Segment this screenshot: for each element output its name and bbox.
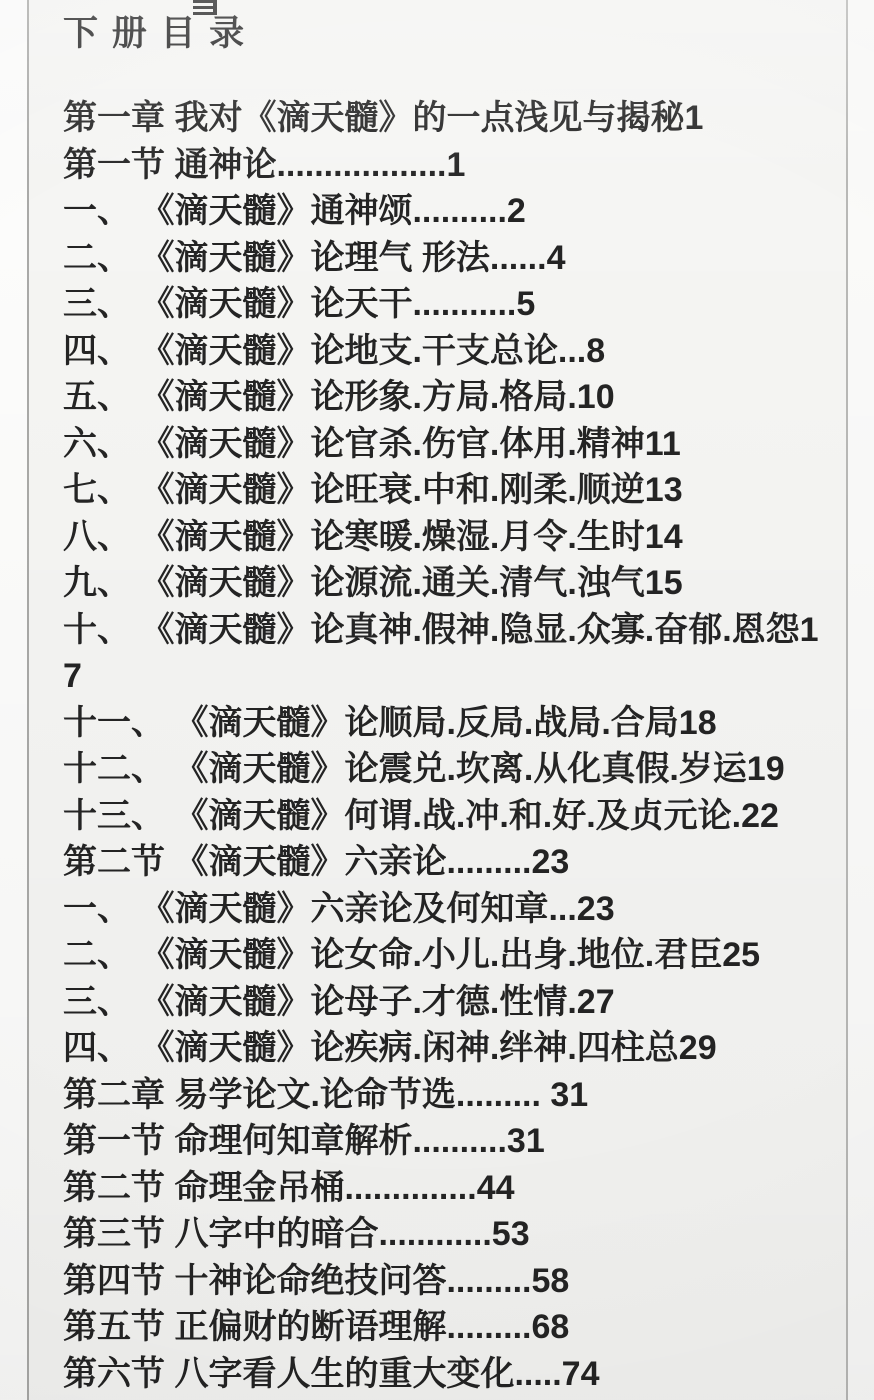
page-left-margin: [0, 0, 27, 1400]
toc-entry-item-9: 九、 《滴天髓》论源流.通关.清气.浊气15: [63, 560, 825, 607]
toc-entry-item-10: 十、 《滴天髓》论真神.假神.隐显.众寡.奋郁.恩怨17: [63, 607, 825, 700]
toc-entry-s2-item-2: 二、 《滴天髓》论女命.小儿.出身.地位.君臣25: [63, 932, 825, 979]
toc-entry-item-13: 十三、 《滴天髓》何谓.战.冲.和.好.及贞元论.22: [63, 793, 825, 840]
page-left-edge-line: [27, 0, 29, 1400]
toc-entry-item-7: 七、 《滴天髓》论旺衰.中和.刚柔.顺逆13: [63, 467, 825, 514]
toc-entry-section-1-2: 第二节 《滴天髓》六亲论.........23: [63, 839, 825, 886]
toc-entry-chapter-2: 第二章 易学论文.论命节选......... 31: [63, 1072, 825, 1119]
page-right-margin: [848, 0, 874, 1400]
toc-entry-section-1-1: 第一节 通神论..................1: [63, 142, 825, 189]
toc-entry-item-8: 八、 《滴天髓》论寒暖.燥湿.月令.生时14: [63, 514, 825, 561]
toc-entry-item-6: 六、 《滴天髓》论官杀.伤官.体用.精神11: [63, 421, 825, 468]
toc-entry-s2-item-1: 一、 《滴天髓》六亲论及何知章...23: [63, 886, 825, 933]
toc-entry-item-5: 五、 《滴天髓》论形象.方局.格局.10: [63, 374, 825, 421]
toc-entry-section-2-5: 第五节 正偏财的断语理解.........68: [63, 1304, 825, 1351]
toc-entry-item-3: 三、 《滴天髓》论天干...........5: [63, 281, 825, 328]
page-title: 下 册 目 录: [63, 10, 825, 58]
toc-entry-s2-item-4: 四、 《滴天髓》论疾病.闲神.绊神.四柱总29: [63, 1025, 825, 1072]
toc-entry-s2-item-3: 三、 《滴天髓》论母子.才德.性情.27: [63, 979, 825, 1026]
toc-entry-section-2-3: 第三节 八字中的暗合............53: [63, 1211, 825, 1258]
toc-entry-section-2-4: 第四节 十神论命绝技问答.........58: [63, 1258, 825, 1305]
toc-entry-item-11: 十一、 《滴天髓》论顺局.反局.战局.合局18: [63, 700, 825, 747]
toc-entry-section-2-2: 第二节 命理金吊桶..............44: [63, 1165, 825, 1212]
toc-entry-chapter-1: 第一章 我对《滴天髓》的一点浅见与揭秘1: [63, 95, 825, 142]
toc-entry-section-2-6: 第六节 八字看人生的重大变化.....74: [63, 1351, 825, 1398]
toc-entry-item-12: 十二、 《滴天髓》论震兑.坎离.从化真假.岁运19: [63, 746, 825, 793]
document-page: 下 册 目 录 第一章 我对《滴天髓》的一点浅见与揭秘1 第一节 通神论....…: [0, 0, 874, 1400]
toc-entry-section-2-1: 第一节 命理何知章解析..........31: [63, 1118, 825, 1165]
toc-entry-item-2: 二、 《滴天髓》论理气 形法......4: [63, 235, 825, 282]
toc-entry-item-1: 一、 《滴天髓》通神颂..........2: [63, 188, 825, 235]
toc-entry-item-4: 四、 《滴天髓》论地支.干支总论...8: [63, 328, 825, 375]
table-of-contents: 下 册 目 录 第一章 我对《滴天髓》的一点浅见与揭秘1 第一节 通神论....…: [63, 10, 825, 1397]
